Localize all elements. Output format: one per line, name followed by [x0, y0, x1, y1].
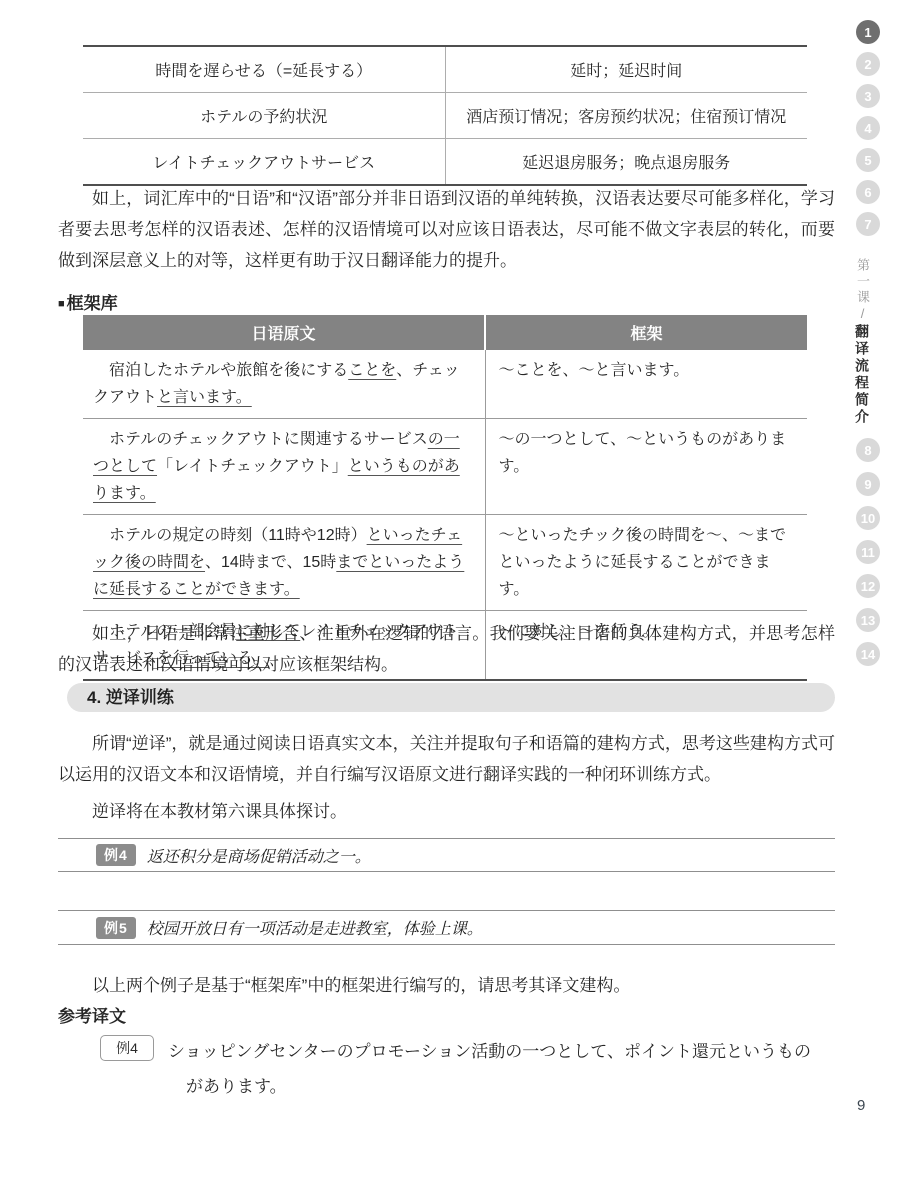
chapter-dot-1[interactable]: 1 — [856, 20, 880, 44]
chapter-dot-3[interactable]: 3 — [856, 84, 880, 108]
frame-table-header-jp: 日语原文 — [83, 315, 485, 350]
chapter-dot-5[interactable]: 5 — [856, 148, 880, 172]
body-paragraph: 以上两个例子是基于“框架库”中的框架进行编写的，请思考其译文建构。 — [58, 970, 835, 1001]
textbook-page: 時間を遅らせる（=延長する） 延时；延迟时间 ホテルの予約状況 酒店预订情况；客… — [0, 0, 911, 1195]
chapter-dot-10[interactable]: 10 — [856, 506, 880, 530]
lesson-title-label: 翻译流程简介 — [854, 324, 870, 426]
lesson-tab: 第一课/翻译流程简介 — [848, 258, 876, 433]
table-header-row: 日语原文 框架 — [83, 315, 807, 350]
frame-pattern-cell: ～ことを、～と言います。 — [485, 350, 807, 419]
chapter-dot-11[interactable]: 11 — [856, 540, 880, 564]
frame-section-heading: ■框架库 — [58, 289, 118, 314]
square-bullet-icon: ■ — [58, 298, 65, 310]
frame-table-header-frame: 框架 — [485, 315, 807, 350]
body-paragraph: 如上，日语是非常注重形合、注重外在逻辑的语言。我们要关注日语的具体建构方式，并思… — [58, 618, 835, 680]
table-row: 時間を遅らせる（=延長する） 延时；延迟时间 — [83, 46, 807, 93]
chapter-dot-6[interactable]: 6 — [856, 180, 880, 204]
vocab-cn-cell: 酒店预订情况；客房预约状况；住宿预订情况 — [445, 93, 807, 139]
table-row: 宿泊したホテルや旅館を後にすることを、チェックアウトと言います。 ～ことを、～と… — [83, 350, 807, 419]
frame-section-title: 框架库 — [67, 294, 118, 313]
reference-line: があります。 — [186, 1072, 287, 1097]
example-box-4: 例4 返还积分是商场促销活动之一。 — [58, 838, 835, 872]
chapter-dot-9[interactable]: 9 — [856, 472, 880, 496]
reference-title: 参考译文 — [58, 1002, 126, 1027]
vocab-cn-cell: 延迟退房服务；晚点退房服务 — [445, 139, 807, 186]
vocab-table-body: 時間を遅らせる（=延長する） 延时；延迟时间 ホテルの予約状況 酒店预订情况；客… — [83, 46, 807, 185]
body-paragraph: 所谓“逆译”，就是通过阅读日语真实文本，关注并提取句子和语篇的建构方式，思考这些… — [58, 728, 835, 790]
example-badge: 例4 — [96, 844, 136, 866]
table-row: ホテルの規定の時刻（11時や12時）といったチェック後の時間を、14時まで、15… — [83, 515, 807, 611]
example-badge: 例5 — [96, 917, 136, 939]
chapter-dot-8[interactable]: 8 — [856, 438, 880, 462]
body-paragraph: 逆译将在本教材第六课具体探讨。 — [58, 796, 835, 827]
frame-pattern-cell: ～の一つとして、～というものがあります。 — [485, 419, 807, 515]
chapter-dot-14[interactable]: 14 — [856, 642, 880, 666]
lesson-separator: / — [855, 306, 870, 324]
example-text: 校园开放日有一项活动是走进教室，体验上课。 — [147, 916, 483, 939]
table-row: レイトチェックアウトサービス 延迟退房服务；晚点退房服务 — [83, 139, 807, 186]
section-title-pill: 4. 逆译训练 — [67, 683, 835, 712]
table-row: ホテルの予約状況 酒店预订情况；客房预约状况；住宿预订情况 — [83, 93, 807, 139]
frame-jp-cell: ホテルのチェックアウトに関連するサービスの一つとして「レイトチェックアウト」とい… — [83, 419, 485, 515]
chapter-dot-7[interactable]: 7 — [856, 212, 880, 236]
body-paragraph: 如上，词汇库中的“日语”和“汉语”部分并非日语到汉语的单纯转换，汉语表达要尽可能… — [58, 183, 835, 276]
page-number: 9 — [857, 1097, 865, 1114]
chapter-dot-12[interactable]: 12 — [856, 574, 880, 598]
chapter-dot-2[interactable]: 2 — [856, 52, 880, 76]
frame-jp-cell: 宿泊したホテルや旅館を後にすることを、チェックアウトと言います。 — [83, 350, 485, 419]
reference-line: ショッピングセンターのプロモーション活動の一つとして、ポイント還元というもの — [168, 1037, 811, 1062]
vocab-jp-cell: 時間を遅らせる（=延長する） — [83, 46, 445, 93]
vocab-jp-cell: レイトチェックアウトサービス — [83, 139, 445, 186]
example-box-5: 例5 校园开放日有一项活动是走进教室，体验上课。 — [58, 910, 835, 945]
chapter-dot-4[interactable]: 4 — [856, 116, 880, 140]
reference-example-badge: 例4 — [100, 1035, 154, 1061]
frame-jp-cell: ホテルの規定の時刻（11時や12時）といったチェック後の時間を、14時まで、15… — [83, 515, 485, 611]
vocab-jp-cell: ホテルの予約状況 — [83, 93, 445, 139]
vocab-table: 時間を遅らせる（=延長する） 延时；延迟时间 ホテルの予約状況 酒店预订情况；客… — [83, 45, 807, 186]
table-row: ホテルのチェックアウトに関連するサービスの一つとして「レイトチェックアウト」とい… — [83, 419, 807, 515]
vocab-cn-cell: 延时；延迟时间 — [445, 46, 807, 93]
lesson-number-label: 第一课 — [855, 258, 870, 306]
frame-pattern-cell: ～といったチック後の時間を～、～までといったように延長することができます。 — [485, 515, 807, 611]
chapter-dot-13[interactable]: 13 — [856, 608, 880, 632]
example-text: 返还积分是商场促销活动之一。 — [147, 844, 371, 867]
